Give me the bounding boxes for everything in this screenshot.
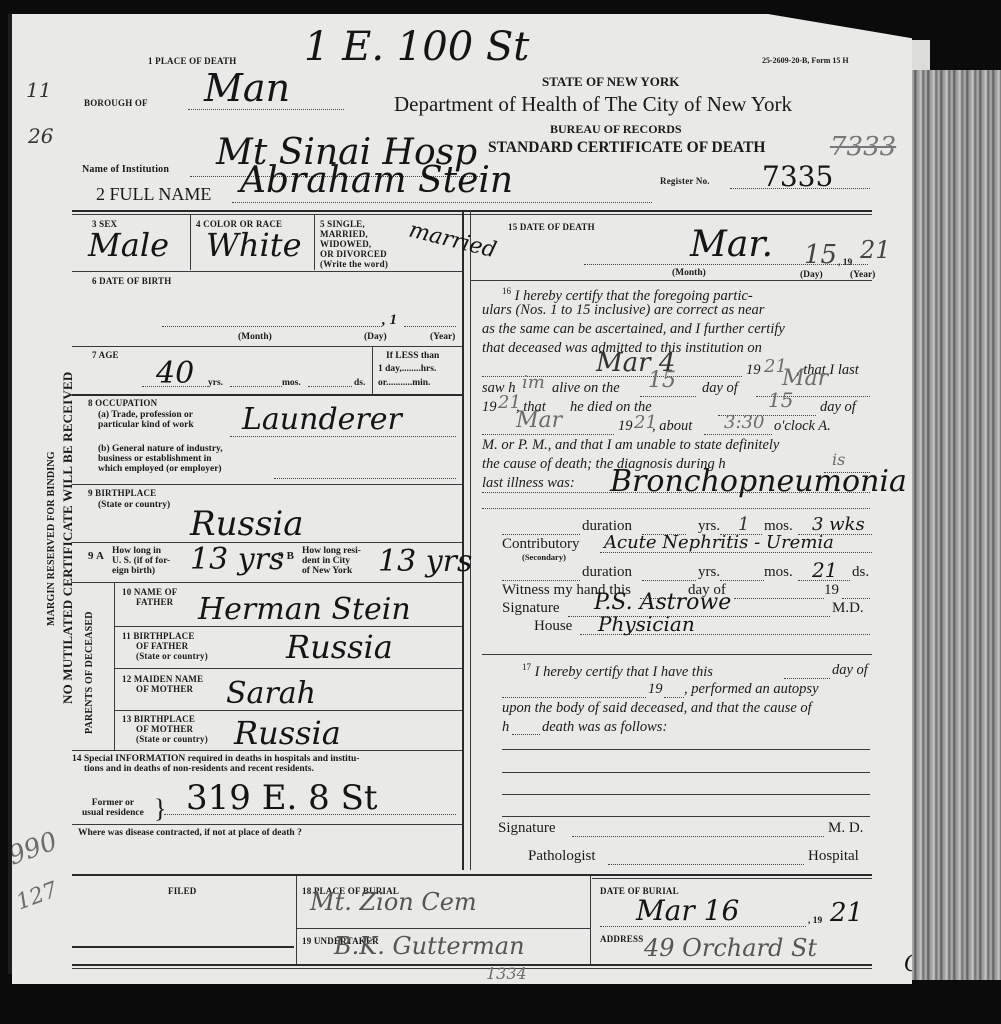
autopsy-19: 19 <box>648 681 663 698</box>
father-birthplace-label: 11 BIRTHPLACE OF FATHER (State or countr… <box>122 631 208 661</box>
place-of-death-value: 1 E. 100 St <box>304 24 529 70</box>
autopsy-line-4: death was as follows: <box>542 719 667 736</box>
contributory-label: Contributory <box>502 536 580 553</box>
parents-of-deceased-label: PARENTS OF DECEASED <box>84 611 95 734</box>
autopsy-md-label: M. D. <box>828 820 863 837</box>
autopsy-number: 17 <box>522 662 531 672</box>
residence-label-2: usual residence <box>82 808 144 818</box>
mother-bp-label-2: OF MOTHER <box>122 724 208 734</box>
marital-label-3: WIDOWED, <box>320 239 388 249</box>
mother-label-1: 12 MAIDEN NAME <box>122 674 203 684</box>
marital-label-4: or DIVORCED <box>320 249 388 259</box>
father-birthplace-value: Russia <box>286 628 393 666</box>
about-label: , about <box>652 418 692 435</box>
certificate-title: STANDARD CERTIFICATE OF DEATH <box>488 139 765 157</box>
certification-line-11: last illness was: <box>482 475 575 492</box>
address-value: 49 Orchard St <box>644 934 817 962</box>
marital-value: married <box>406 218 499 264</box>
department-title: Department of Health of The City of New … <box>394 92 792 117</box>
register-no-label: Register No. <box>660 176 710 186</box>
autopsy-line-4-prefix: h <box>502 719 509 736</box>
special-info-label-2: tions and in deaths of non-residents and… <box>72 764 359 774</box>
less-than-label: If LESS than <box>386 351 439 361</box>
register-no-struck: 7333 <box>830 132 896 162</box>
death-year-value: 21 <box>860 236 891 264</box>
autopsy-line-1: 17 I hereby certify that I have this <box>522 662 713 681</box>
autopsy-day-of: day of <box>832 662 868 679</box>
race-value: White <box>206 226 302 264</box>
secondary-yrs-label: yrs. <box>698 564 720 581</box>
saw-day-of: day of <box>702 380 738 397</box>
place-of-burial-value: Mt. Zion Cem <box>310 888 477 916</box>
mother-value: Sarah <box>226 676 316 711</box>
undertaker-value: B.K. Gutterman <box>334 932 525 960</box>
in-city-label: How long resi- dent in City of New York <box>302 546 361 576</box>
occupation-label: 8 OCCUPATION <box>88 398 157 408</box>
margin-mutilated-note: NO MUTILATED CERTIFICATE WILL BE RECEIVE… <box>60 372 76 704</box>
dob-year-label: (Year) <box>430 332 455 342</box>
bottom-number: 1334 <box>486 964 527 983</box>
filed-label: FILED <box>168 886 197 896</box>
age-mos-label: mos. <box>282 378 301 388</box>
secondary-label: (Secondary) <box>522 552 566 562</box>
in-us-label-1: How long in <box>112 546 170 556</box>
autopsy-line-2-tail: , performed an autopsy <box>684 681 819 698</box>
address-label: ADDRESS <box>600 934 643 944</box>
burial-year-prefix: , 19 <box>808 916 822 926</box>
death-time-value: 3:30 <box>724 412 764 433</box>
autopsy-signature-label: Signature <box>498 820 556 837</box>
died-day-value: 15 <box>768 388 793 412</box>
signature-md-label: M.D. <box>832 600 864 617</box>
book-page-stack <box>905 70 1001 980</box>
mother-bp-label-1: 13 BIRTHPLACE <box>122 714 208 724</box>
form-code: 25-2609-20-B, Form 15 H <box>762 56 849 65</box>
in-us-label-3: eign birth) <box>112 566 170 576</box>
father-label: 10 NAME OF FATHER <box>122 587 178 607</box>
borough-label: BOROUGH OF <box>84 98 148 108</box>
margin-note-top-1: 11 <box>26 78 51 102</box>
father-bp-label-1: 11 BIRTHPLACE <box>122 631 208 641</box>
certification-line-4: that deceased was admitted to this insti… <box>482 339 872 358</box>
diagnosis-value: Bronchopneumonia <box>610 464 907 499</box>
saw-fill-value: im <box>522 372 545 393</box>
birthplace-value: Russia <box>190 504 304 544</box>
full-name-value: Abraham Stein <box>240 160 513 201</box>
trade-label-1: (a) Trade, profession or <box>98 410 194 420</box>
secondary-ds-label: ds. <box>852 564 869 581</box>
disease-contracted-label: Where was disease contracted, if not at … <box>78 828 302 838</box>
margin-binding-note: MARGIN RESERVED FOR BINDING <box>46 451 57 626</box>
marital-label-5: (Write the word) <box>320 259 388 269</box>
death-year-prefix: , 19 <box>838 258 852 268</box>
dob-label: 6 DATE OF BIRTH <box>92 276 171 286</box>
dob-year-prefix: , 1 <box>382 312 397 329</box>
trade-label: (a) Trade, profession or particular kind… <box>98 410 194 430</box>
secondary-days-value: 21 <box>812 558 837 582</box>
father-bp-label-3: (State or country) <box>122 651 208 661</box>
special-info-label-1: 14 Special INFORMATION required in death… <box>72 754 359 764</box>
industry-label-2: business or establishment in <box>98 454 223 464</box>
death-year-label: (Year) <box>850 270 875 280</box>
in-us-value: 13 yrs <box>190 542 284 577</box>
residence-value: 319 E. 8 St <box>186 778 378 818</box>
full-name-label: 2 FULL NAME <box>96 184 211 205</box>
line7-year-prefix: 19 <box>482 399 497 416</box>
hospital-label: Hospital <box>808 848 859 865</box>
saw-day-value: 15 <box>648 368 676 393</box>
secondary-duration-label: duration <box>582 564 632 581</box>
house-label: House <box>534 618 572 635</box>
certification-number: 16 <box>502 286 511 296</box>
sex-value: Male <box>88 226 169 264</box>
or-min-label: or...........min. <box>378 378 430 388</box>
age-label: 7 AGE <box>92 350 119 360</box>
age-ds-label: ds. <box>354 378 365 388</box>
dob-day-label: (Day) <box>364 332 387 342</box>
date-of-burial-value: Mar 16 <box>636 894 739 927</box>
mother-birthplace-value: Russia <box>234 714 341 752</box>
burial-year-value: 21 <box>830 898 863 928</box>
death-day-value: 15 <box>804 240 837 270</box>
day-hrs-label: 1 day,........hrs. <box>378 364 436 374</box>
contributory-value: Acute Nephritis - Uremia <box>604 532 834 553</box>
death-certificate: 11 26 990 127 MARGIN RESERVED FOR BINDIN… <box>12 14 912 984</box>
trade-label-2: particular kind of work <box>98 420 194 430</box>
death-day-label: (Day) <box>800 270 823 280</box>
in-city-label-3: of New York <box>302 566 361 576</box>
signature-label: Signature <box>502 600 560 617</box>
mother-label-2: OF MOTHER <box>122 684 203 694</box>
certification-body: ulars (Nos. 1 to 15 inclusive) are corre… <box>482 301 872 358</box>
margin-note-bottom-1: 990 <box>4 826 61 871</box>
in-city-value: 13 yrs <box>378 544 472 579</box>
trade-value: Launderer <box>242 402 402 437</box>
in-us-label: How long in U. S. (if of for- eign birth… <box>112 546 170 576</box>
margin-note-top-2: 26 <box>28 124 53 148</box>
age-yrs-label: yrs. <box>208 378 223 388</box>
mother-label: 12 MAIDEN NAME OF MOTHER <box>122 674 203 694</box>
house-value: Physician <box>598 612 695 636</box>
admitted-year-prefix: 19 <box>746 362 761 379</box>
residence-brace: } <box>154 794 166 824</box>
certification-line-2: ulars (Nos. 1 to 15 inclusive) are corre… <box>482 301 872 320</box>
dob-month-label: (Month) <box>238 332 272 342</box>
in-us-label-2: U. S. (if of for- <box>112 556 170 566</box>
marital-label: 5 SINGLE, MARRIED, WIDOWED, or DIVORCED … <box>320 219 388 269</box>
place-of-death-label: 1 PLACE OF DEATH <box>148 56 236 66</box>
witness-19: 19 <box>824 582 839 599</box>
industry-label: (b) General nature of industry, business… <box>98 444 223 474</box>
death-month-value: Mar. <box>690 224 773 265</box>
in-city-label-2: dent in City <box>302 556 361 566</box>
institution-label: Name of Institution <box>82 164 169 175</box>
bureau-label: BUREAU OF RECORDS <box>550 122 682 137</box>
father-label-2: FATHER <box>122 597 178 607</box>
borough-value: Man <box>204 66 290 110</box>
in-us-badge: 9 A <box>88 550 104 562</box>
age-years-value: 40 <box>156 356 194 391</box>
line7-day-of: day of <box>820 399 856 416</box>
died-month-value: Mar <box>516 408 562 433</box>
died-year-prefix: 19 <box>618 418 633 435</box>
secondary-mos-label: mos. <box>764 564 793 581</box>
special-info-label: 14 Special INFORMATION required in death… <box>72 754 359 774</box>
saw-mid: alive on the <box>552 380 620 397</box>
marital-label-1: 5 SINGLE, <box>320 219 388 229</box>
mother-bp-label-3: (State or country) <box>122 734 208 744</box>
birthplace-label: 9 BIRTHPLACE <box>88 488 156 498</box>
pathologist-label: Pathologist <box>528 848 596 865</box>
residence-label: Former or usual residence <box>82 798 144 818</box>
mother-birthplace-label: 13 BIRTHPLACE OF MOTHER (State or countr… <box>122 714 208 744</box>
residence-label-1: Former or <box>82 798 144 808</box>
date-of-death-label: 15 DATE OF DEATH <box>508 222 595 232</box>
industry-label-1: (b) General nature of industry, <box>98 444 223 454</box>
margin-note-bottom-2: 127 <box>13 878 61 916</box>
father-value: Herman Stein <box>198 592 411 627</box>
in-city-label-1: How long resi- <box>302 546 361 556</box>
certification-line-9: M. or P. M., and that I am unable to sta… <box>482 437 779 454</box>
autopsy-line-3: upon the body of said deceased, and that… <box>502 700 812 717</box>
death-month-label: (Month) <box>672 268 706 278</box>
certification-line-3: as the same can be ascertained, and I fu… <box>482 320 872 339</box>
marital-label-2: MARRIED, <box>320 229 388 239</box>
industry-label-3: which employed (or employer) <box>98 464 223 474</box>
father-bp-label-2: OF FATHER <box>122 641 208 651</box>
in-city-badge: 9 B <box>278 550 294 562</box>
register-no-value: 7335 <box>762 160 833 193</box>
state-label: STATE OF NEW YORK <box>542 74 679 90</box>
birthplace-sub-label: (State or country) <box>98 500 170 510</box>
father-label-1: 10 NAME OF <box>122 587 178 597</box>
autopsy-line-1-text: I hereby certify that I have this <box>535 664 713 680</box>
oclock-label: o'clock A. <box>774 418 831 435</box>
